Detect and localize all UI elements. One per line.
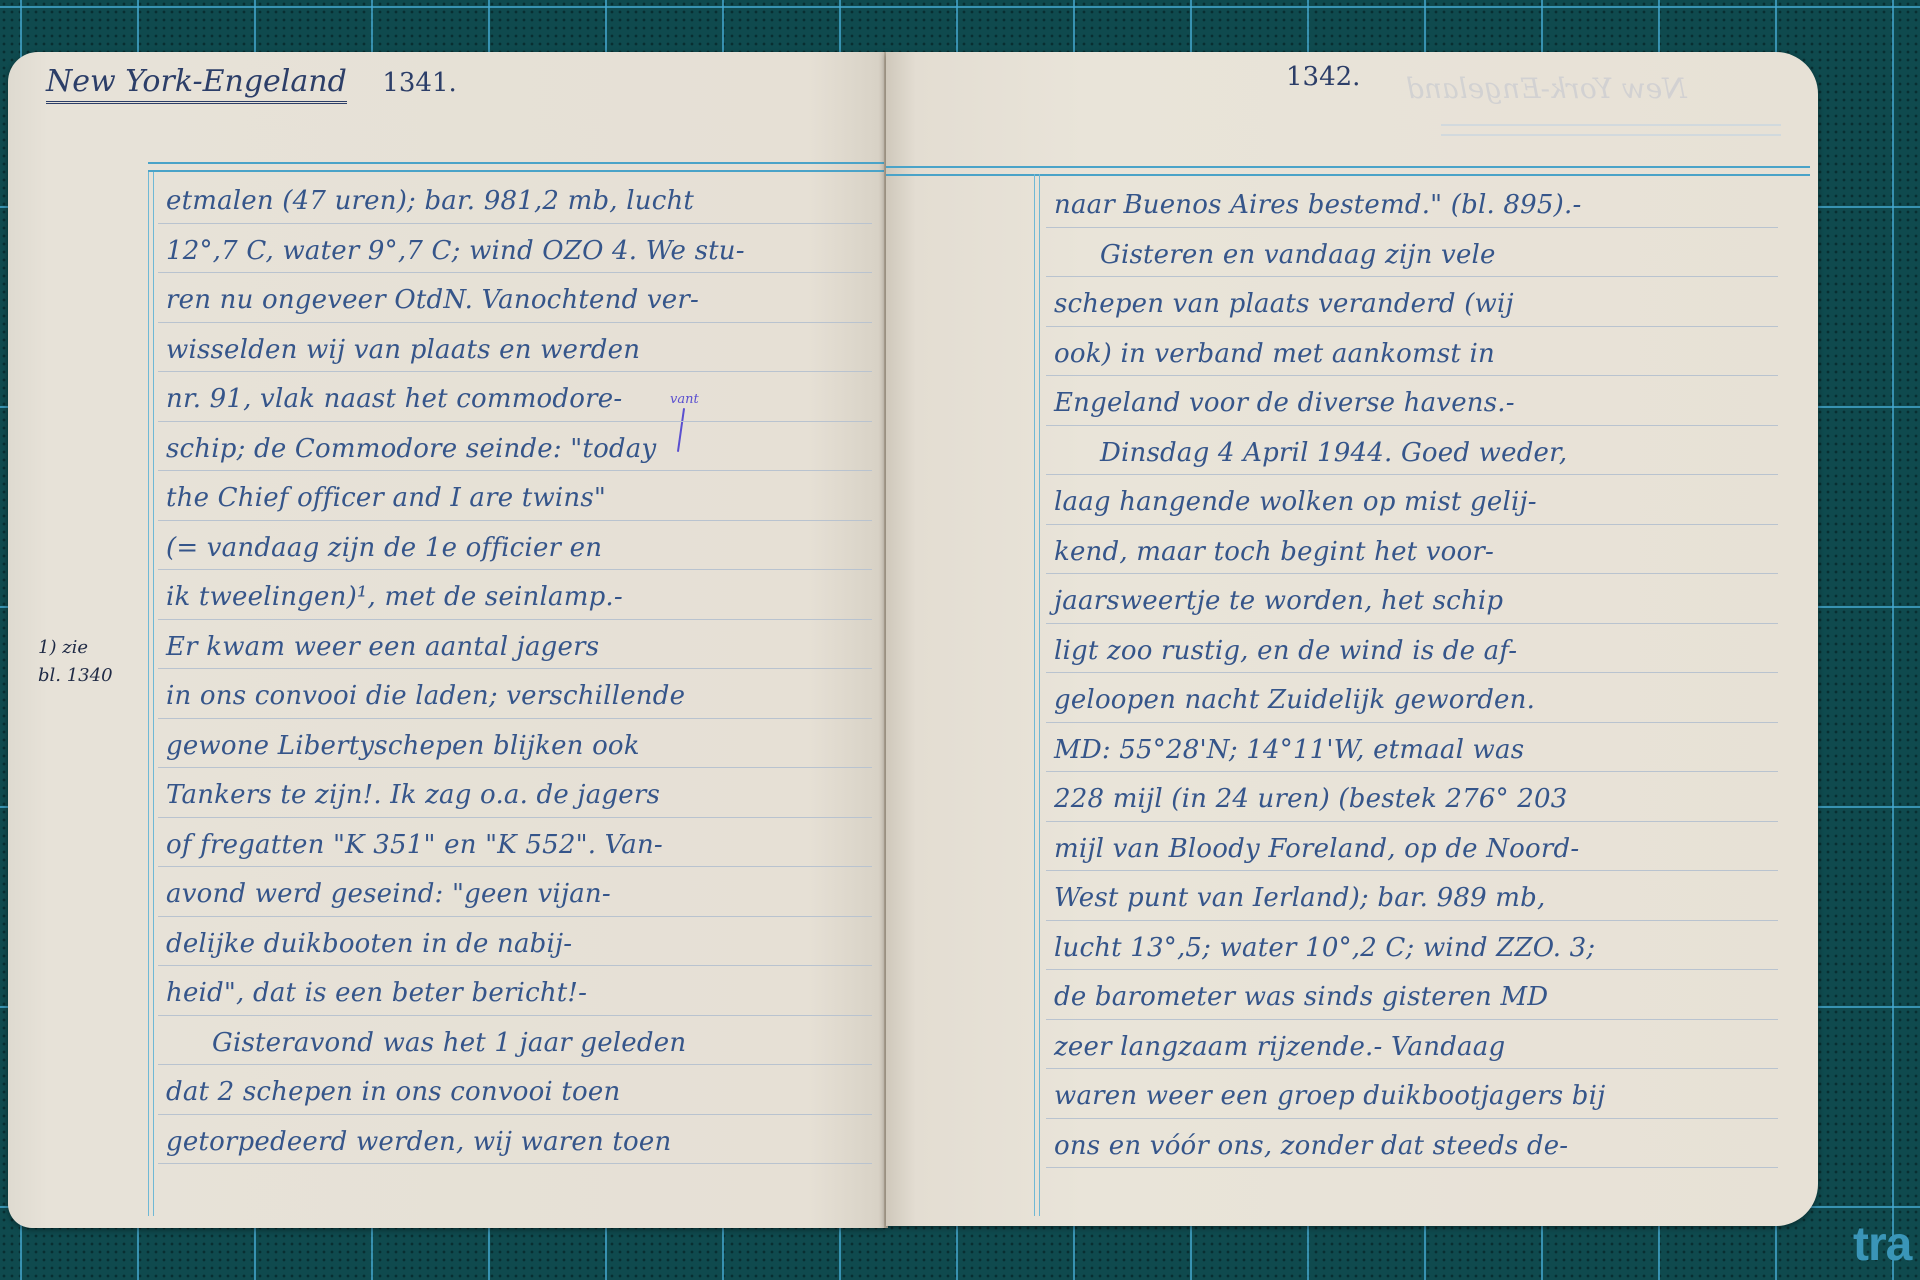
page-number: 1342.: [1286, 62, 1360, 92]
text-line: lucht 13°,5; water 10°,2 C; wind ZZO. 3;: [1046, 921, 1778, 971]
text-line: 228 mijl (in 24 uren) (bestek 276° 203: [1046, 772, 1778, 822]
text-line: 12°,7 C, water 9°,7 C; wind OZO 4. We st…: [158, 224, 872, 274]
text-line: etmalen (47 uren); bar. 981,2 mb, lucht: [158, 174, 872, 224]
top-double-rule: [148, 162, 886, 172]
text-line: waren weer een groep duikbootjagers bij: [1046, 1069, 1778, 1119]
text-line: West punt van Ierland); bar. 989 mb,: [1046, 871, 1778, 921]
text-line: jaarsweertje te worden, het schip: [1046, 574, 1778, 624]
margin-rule: [148, 172, 154, 1216]
text-line: ook) in verband met aankomst in: [1046, 327, 1778, 377]
text-line: mijl van Bloody Foreland, op de Noord-: [1046, 822, 1778, 872]
text-line: zeer langzaam rijzende.- Vandaag: [1046, 1020, 1778, 1070]
text-line: ren nu ongeveer OtdN. Vanochtend ver-: [158, 273, 872, 323]
text-line: Er kwam weer een aantal jagers: [158, 620, 872, 670]
running-title: New York-Engeland: [46, 64, 347, 104]
text-line: Dinsdag 4 April 1944. Goed weder,: [1046, 426, 1778, 476]
text-line: dat 2 schepen in ons convooi toen: [158, 1065, 872, 1115]
text-line: schepen van plaats veranderd (wij: [1046, 277, 1778, 327]
text-line: schip; de Commodore seinde: "today: [158, 422, 872, 472]
text-line: kend, maar toch begint het voor-: [1046, 525, 1778, 575]
margin-note: 1) zie bl. 1340: [38, 634, 113, 690]
right-notebook-page: 1342. New York-Engeland naar Buenos Aire…: [886, 52, 1818, 1226]
text-line: ligt zoo rustig, en de wind is de af-: [1046, 624, 1778, 674]
text-line: avond werd geseind: "geen vijan-: [158, 867, 872, 917]
text-line: ik tweelingen)¹, met de seinlamp.-: [158, 570, 872, 620]
left-notebook-page: New York-Engeland 1341. 1) zie bl. 1340 …: [8, 52, 886, 1228]
bleed-through-underline: [1441, 124, 1781, 136]
text-line: in ons convooi die laden; verschillende: [158, 669, 872, 719]
text-line: gewone Libertyschepen blijken ook: [158, 719, 872, 769]
text-line: wisselden wij van plaats en werden: [158, 323, 872, 373]
text-line: heid", dat is een beter bericht!-: [158, 966, 872, 1016]
text-line: of fregatten "K 351" en "K 552". Van-: [158, 818, 872, 868]
cutting-mat-logo: tra: [1853, 1217, 1911, 1272]
text-line: geloopen nacht Zuidelijk geworden.: [1046, 673, 1778, 723]
text-line: Engeland voor de diverse havens.-: [1046, 376, 1778, 426]
bleed-through-title: New York-Engeland: [1406, 72, 1687, 105]
text-line: (= vandaag zijn de 1e officier en: [158, 521, 872, 571]
text-line: Gisteren en vandaag zijn vele: [1046, 228, 1778, 278]
text-line: de barometer was sinds gisteren MD: [1046, 970, 1778, 1020]
text-line: delijke duikbooten in de nabij-: [158, 917, 872, 967]
top-double-rule: [886, 166, 1810, 176]
right-page-text: naar Buenos Aires bestemd." (bl. 895).- …: [1046, 178, 1778, 1168]
text-line: laag hangende wolken op mist gelij-: [1046, 475, 1778, 525]
left-running-head: New York-Engeland 1341.: [46, 64, 457, 99]
text-line: naar Buenos Aires bestemd." (bl. 895).-: [1046, 178, 1778, 228]
text-line: Tankers te zijn!. Ik zag o.a. de jagers: [158, 768, 872, 818]
text-line: ons en vóór ons, zonder dat steeds de-: [1046, 1119, 1778, 1169]
text-line: getorpedeerd werden, wij waren toen: [158, 1115, 872, 1165]
text-line: MD: 55°28'N; 14°11'W, etmaal was: [1046, 723, 1778, 773]
text-line: Gisteravond was het 1 jaar geleden: [158, 1016, 872, 1066]
left-page-text: etmalen (47 uren); bar. 981,2 mb, lucht …: [158, 174, 872, 1164]
margin-rule: [1034, 174, 1040, 1216]
text-line: nr. 91, vlak naast het commodore-: [158, 372, 872, 422]
text-line: the Chief officer and I are twins": [158, 471, 872, 521]
page-number: 1341.: [382, 68, 456, 98]
